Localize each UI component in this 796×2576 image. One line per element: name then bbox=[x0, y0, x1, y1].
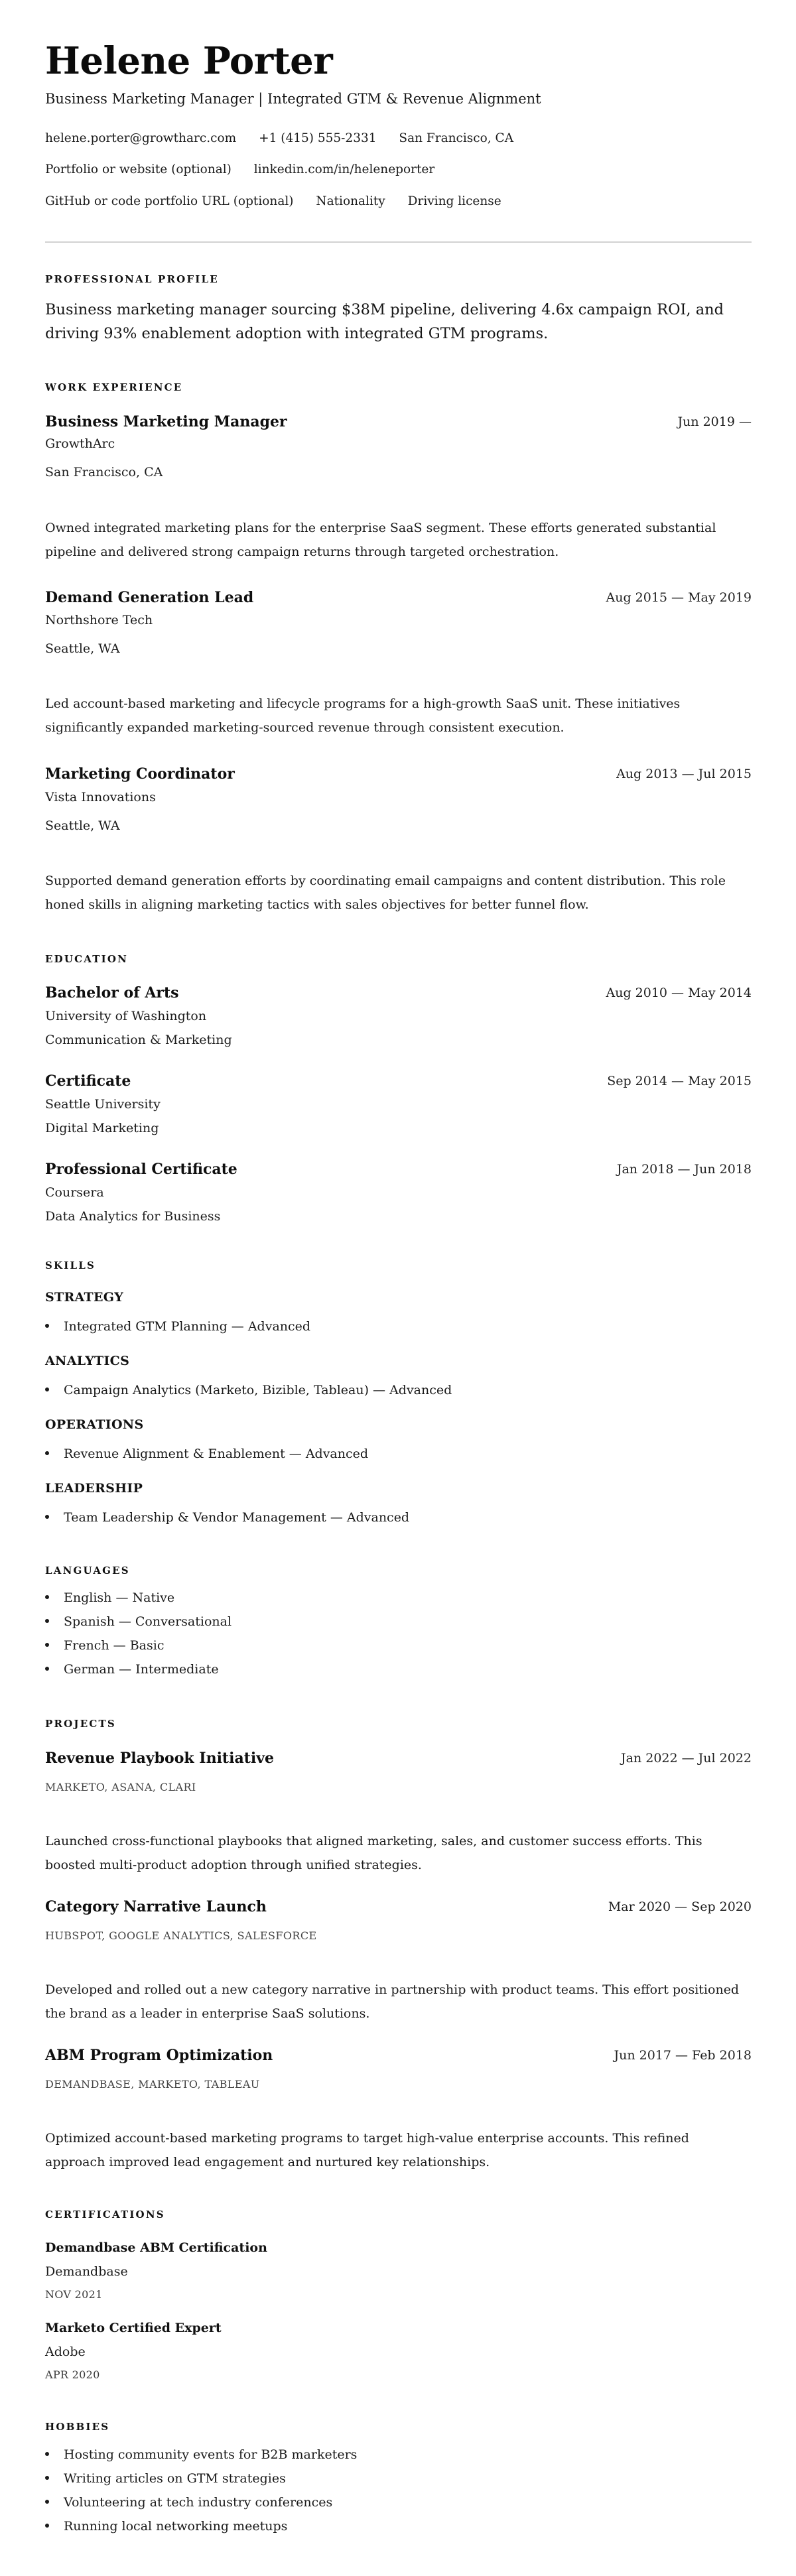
bullet-icon bbox=[45, 1324, 49, 1328]
project-dates: Jun 2017 — Feb 2018 bbox=[614, 2048, 752, 2063]
headline: Business Marketing Manager | Integrated … bbox=[45, 91, 541, 107]
project-dates: Jan 2022 — Jul 2022 bbox=[621, 1751, 752, 1766]
project-tech: HUBSPOT, GOOGLE ANALYTICS, SALESFORCE bbox=[45, 1929, 317, 1942]
section-title-languages: LANGUAGES bbox=[45, 1565, 130, 1577]
header-divider bbox=[45, 241, 752, 243]
bullet-icon bbox=[45, 1667, 49, 1671]
skill-category: OPERATIONS bbox=[45, 1417, 143, 1432]
language-item: English — Native bbox=[45, 1590, 174, 1605]
project-name: ABM Program Optimization bbox=[45, 2047, 273, 2064]
contact-row-links: Portfolio or website (optional) linkedin… bbox=[45, 162, 453, 176]
project-description: Optimized account-based marketing progra… bbox=[45, 2126, 752, 2174]
job-title: Demand Generation Lead bbox=[45, 589, 253, 606]
job-description: Supported demand generation efforts by c… bbox=[45, 869, 752, 917]
hobby-item: Running local networking meetups bbox=[45, 2519, 287, 2534]
company-name: GrowthArc bbox=[45, 436, 115, 451]
section-title-certifications: CERTIFICATIONS bbox=[45, 2209, 165, 2221]
driving-license-text: Driving license bbox=[408, 194, 501, 208]
project-description: Developed and rolled out a new category … bbox=[45, 1978, 752, 2026]
project-dates: Mar 2020 — Sep 2020 bbox=[608, 1900, 752, 1914]
job-dates: Jun 2019 — bbox=[677, 415, 752, 429]
bullet-icon bbox=[45, 2500, 49, 2504]
contact-row-extra: GitHub or code portfolio URL (optional) … bbox=[45, 194, 520, 208]
field-of-study: Digital Marketing bbox=[45, 1121, 159, 1135]
degree-title: Professional Certificate bbox=[45, 1161, 237, 1178]
degree-title: Certificate bbox=[45, 1072, 131, 1090]
skill-item: Revenue Alignment & Enablement — Advance… bbox=[45, 1447, 368, 1461]
contact-row-primary: helene.porter@growtharc.com +1 (415) 555… bbox=[45, 131, 532, 145]
job-title: Marketing Coordinator bbox=[45, 765, 235, 783]
certification-name: Demandbase ABM Certification bbox=[45, 2240, 267, 2255]
job-location: Seattle, WA bbox=[45, 818, 120, 833]
bullet-icon bbox=[45, 1515, 49, 1519]
github-link[interactable]: GitHub or code portfolio URL (optional) bbox=[45, 194, 293, 208]
portfolio-link[interactable]: Portfolio or website (optional) bbox=[45, 162, 232, 176]
job-description: Owned integrated marketing plans for the… bbox=[45, 516, 752, 564]
section-title-hobbies: HOBBIES bbox=[45, 2421, 109, 2433]
section-title-skills: SKILLS bbox=[45, 1259, 96, 1271]
field-of-study: Data Analytics for Business bbox=[45, 1209, 220, 1224]
hobby-item: Volunteering at tech industry conference… bbox=[45, 2495, 332, 2510]
project-tech: MARKETO, ASANA, CLARI bbox=[45, 1781, 196, 1793]
nationality-text: Nationality bbox=[316, 194, 385, 208]
profile-summary: Business marketing manager sourcing $38M… bbox=[45, 298, 752, 346]
school-name: University of Washington bbox=[45, 1009, 206, 1023]
skill-category: LEADERSHIP bbox=[45, 1481, 143, 1496]
section-title-experience: WORK EXPERIENCE bbox=[45, 381, 182, 393]
section-title-projects: PROJECTS bbox=[45, 1718, 116, 1730]
bullet-icon bbox=[45, 1595, 49, 1599]
job-location: Seattle, WA bbox=[45, 641, 120, 656]
school-name: Seattle University bbox=[45, 1097, 161, 1112]
project-description: Launched cross-functional playbooks that… bbox=[45, 1829, 752, 1877]
bullet-icon bbox=[45, 1387, 49, 1391]
job-description: Led account-based marketing and lifecycl… bbox=[45, 692, 752, 740]
job-dates: Aug 2015 — May 2019 bbox=[606, 590, 752, 605]
phone-link[interactable]: +1 (415) 555-2331 bbox=[259, 131, 376, 145]
job-title: Business Marketing Manager bbox=[45, 413, 287, 430]
bullet-icon bbox=[45, 2452, 49, 2456]
location-text: San Francisco, CA bbox=[399, 131, 513, 145]
hobby-item: Hosting community events for B2B markete… bbox=[45, 2447, 357, 2462]
section-title-education: EDUCATION bbox=[45, 953, 128, 965]
certification-date: APR 2020 bbox=[45, 2368, 100, 2381]
candidate-name: Helene Porter bbox=[45, 42, 332, 80]
bullet-icon bbox=[45, 2524, 49, 2528]
hobby-item: Writing articles on GTM strategies bbox=[45, 2471, 286, 2486]
education-dates: Sep 2014 — May 2015 bbox=[607, 1074, 752, 1088]
skill-category: STRATEGY bbox=[45, 1290, 123, 1305]
bullet-icon bbox=[45, 1619, 49, 1623]
company-name: Vista Innovations bbox=[45, 790, 156, 805]
bullet-icon bbox=[45, 1451, 49, 1455]
project-name: Category Narrative Launch bbox=[45, 1898, 267, 1915]
language-item: Spanish — Conversational bbox=[45, 1614, 232, 1629]
skill-item: Integrated GTM Planning — Advanced bbox=[45, 1319, 310, 1334]
project-tech: DEMANDBASE, MARKETO, TABLEAU bbox=[45, 2078, 260, 2091]
project-name: Revenue Playbook Initiative bbox=[45, 1750, 274, 1767]
bullet-icon bbox=[45, 1643, 49, 1647]
certification-name: Marketo Certified Expert bbox=[45, 2321, 222, 2335]
job-dates: Aug 2013 — Jul 2015 bbox=[616, 767, 752, 781]
degree-title: Bachelor of Arts bbox=[45, 984, 179, 1001]
education-dates: Jan 2018 — Jun 2018 bbox=[617, 1162, 752, 1177]
skill-item: Campaign Analytics (Marketo, Bizible, Ta… bbox=[45, 1383, 452, 1397]
certification-issuer: Demandbase bbox=[45, 2264, 128, 2279]
school-name: Coursera bbox=[45, 1185, 104, 1200]
job-location: San Francisco, CA bbox=[45, 465, 163, 480]
linkedin-link[interactable]: linkedin.com/in/heleneporter bbox=[254, 162, 434, 176]
certification-issuer: Adobe bbox=[45, 2345, 86, 2359]
bullet-icon bbox=[45, 2476, 49, 2480]
language-item: French — Basic bbox=[45, 1638, 164, 1653]
company-name: Northshore Tech bbox=[45, 613, 153, 627]
skill-item: Team Leadership & Vendor Management — Ad… bbox=[45, 1510, 409, 1525]
email-link[interactable]: helene.porter@growtharc.com bbox=[45, 131, 236, 145]
education-dates: Aug 2010 — May 2014 bbox=[606, 986, 752, 1000]
certification-date: NOV 2021 bbox=[45, 2288, 103, 2301]
language-item: German — Intermediate bbox=[45, 1662, 219, 1677]
skill-category: ANALYTICS bbox=[45, 1354, 129, 1368]
section-title-profile: PROFESSIONAL PROFILE bbox=[45, 273, 219, 285]
field-of-study: Communication & Marketing bbox=[45, 1033, 232, 1047]
